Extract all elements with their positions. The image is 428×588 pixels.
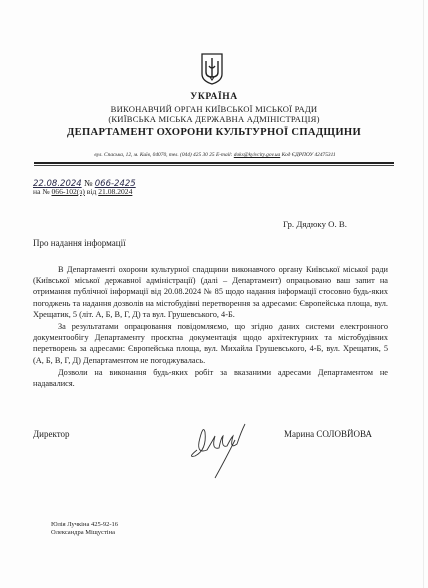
- header-divider-thin: [34, 165, 394, 166]
- coat-of-arms-icon: [201, 53, 223, 85]
- scan-edge: [423, 0, 424, 588]
- org-name-line1: ВИКОНАВЧИЙ ОРГАН КИЇВСЬКОЇ МІСЬКОЇ РАДИ: [0, 104, 428, 114]
- ref-mid: від: [85, 187, 98, 196]
- ref-date: 21.08.2024: [98, 187, 132, 196]
- contact-address: вул. Спаська, 12, м. Київ, 04070, тел. (…: [94, 152, 233, 158]
- handwritten-signature-icon: [185, 420, 255, 480]
- org-name-line2: (КИЇВСЬКА МІСЬКА ДЕРЖАВНА АДМІНІСТРАЦІЯ): [0, 114, 428, 124]
- addressee: Гр. Дядюку О. В.: [283, 219, 347, 229]
- body-paragraph: За результатами опрацювання повідомляємо…: [33, 321, 388, 366]
- body-paragraph: В Департаменті охорони культурної спадщи…: [33, 264, 388, 320]
- executor-line2: Олександра Міщустіна: [51, 529, 118, 537]
- country-name: УКРАЇНА: [0, 92, 428, 102]
- subject-line: Про надання інформації: [33, 238, 126, 248]
- ref-prefix: на №: [33, 187, 51, 196]
- signatory-name: Марина СОЛОВЙОВА: [284, 429, 372, 439]
- contact-code: Код ЄДРПОУ 42475311: [280, 152, 335, 158]
- contact-line: вул. Спаська, 12, м. Київ, 04070, тел. (…: [36, 152, 394, 158]
- executor-line1: Юлія Лучкіна 425-92-16: [51, 521, 118, 529]
- letter-page: УКРАЇНА ВИКОНАВЧИЙ ОРГАН КИЇВСЬКОЇ МІСЬК…: [0, 0, 428, 588]
- email-link[interactable]: doks@kyivcity.gov.ua: [234, 152, 280, 158]
- ref-number: 066-102(з): [51, 187, 84, 196]
- letter-body: В Департаменті охорони культурної спадщи…: [33, 264, 388, 389]
- reference-line: на № 066-102(з) від 21.08.2024: [33, 187, 132, 196]
- signatory-title: Директор: [33, 429, 70, 439]
- header-divider-thick: [34, 162, 394, 164]
- executor-note: Юлія Лучкіна 425-92-16 Олександра Міщуст…: [51, 521, 118, 537]
- body-paragraph: Дозволи на виконання будь-яких робіт за …: [33, 367, 388, 389]
- department-name: ДЕПАРТАМЕНТ ОХОРОНИ КУЛЬТУРНОЇ СПАДЩИНИ: [0, 127, 428, 138]
